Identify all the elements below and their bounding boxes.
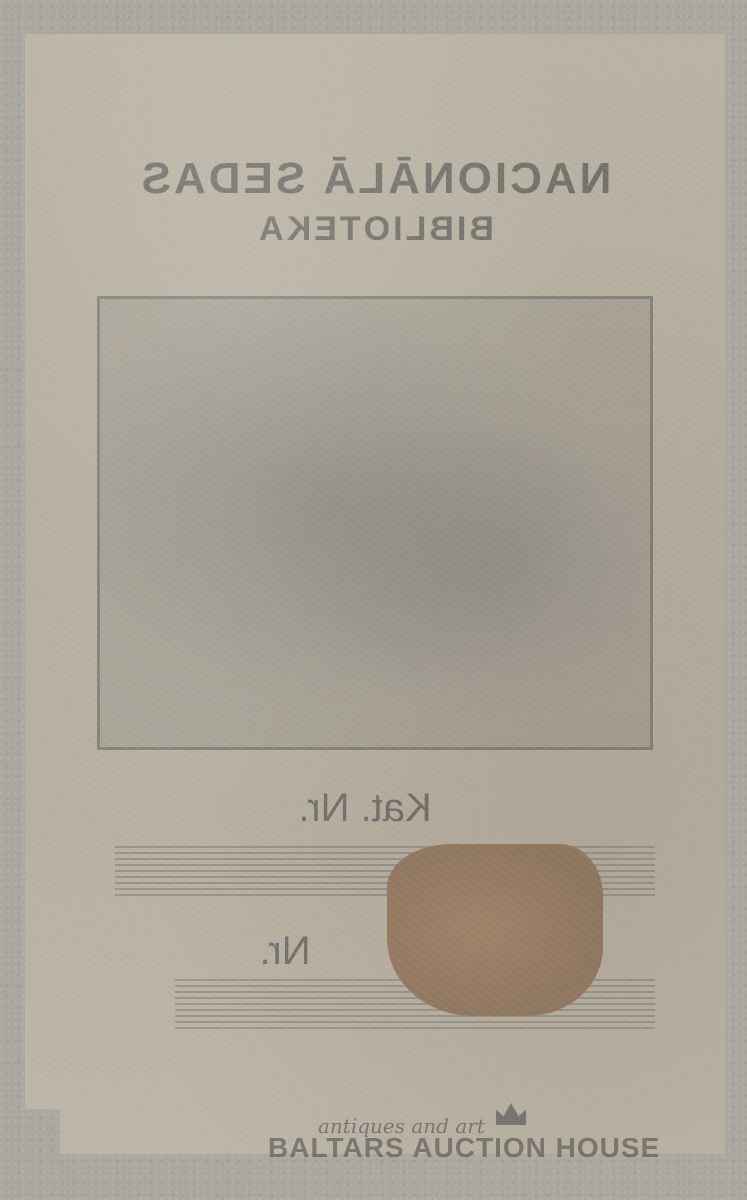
ruled-lines-upper bbox=[115, 846, 655, 898]
bleed-through-image-frame bbox=[97, 296, 653, 750]
paper-sheet: NACIONĀLĀ SEDAS BIBLIOTEKA Kat. Nr. Nr. bbox=[25, 34, 725, 1154]
mirrored-title-line-2: BIBLIOTEKA bbox=[85, 210, 665, 249]
watermark-brand: BALTARS AUCTION HOUSE bbox=[268, 1132, 660, 1164]
paper-residue-stain bbox=[387, 844, 603, 1016]
mirrored-catalog-label: Kat. Nr. bbox=[215, 786, 515, 831]
mirrored-title-line-1: NACIONĀLĀ SEDAS bbox=[85, 154, 665, 204]
ruled-lines-lower bbox=[175, 979, 655, 1031]
mirrored-number-label: Nr. bbox=[215, 929, 355, 974]
